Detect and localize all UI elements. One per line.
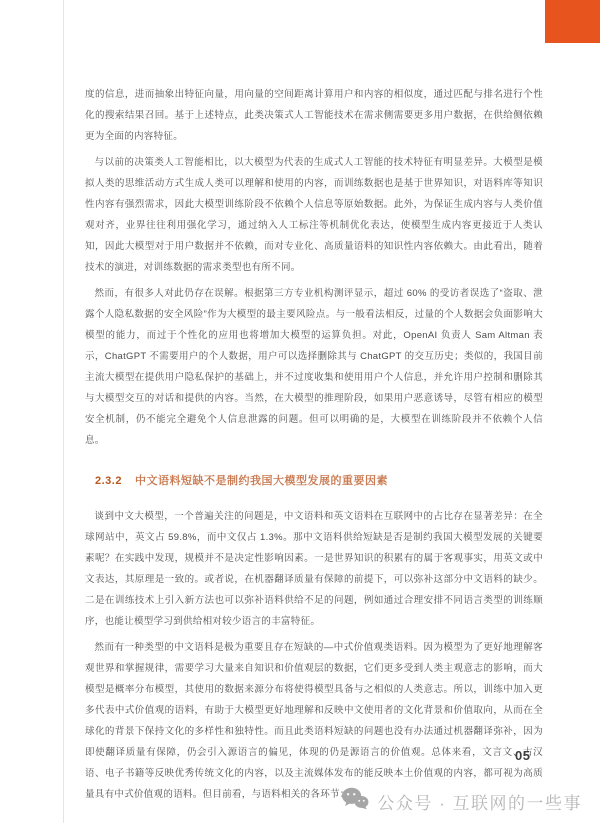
page-edge-line <box>63 0 64 823</box>
watermark: 公众号 · 互联网的一些事 <box>341 787 582 815</box>
section-title: 中文语料短缺不是制约我国大模型发展的重要因素 <box>135 475 388 487</box>
document-page: { "page": { "number": "05" }, "colors": … <box>0 0 600 823</box>
paragraph: 然而有一种类型的中文语料是极为重要且存在短缺的—中式价值观类语料。因为模型为了更… <box>85 637 543 805</box>
paragraph: 谈到中文大模型，一个普遍关注的问题是，中文语料和英文语料在互联网中的占比存在显著… <box>85 506 543 632</box>
body-text: 度的信息，进而抽象出特征向量，用向量的空间距离计算用户和内容的相似度，通过匹配与… <box>85 84 543 810</box>
paragraph: 度的信息，进而抽象出特征向量，用向量的空间距离计算用户和内容的相似度，通过匹配与… <box>85 84 543 147</box>
accent-orange-block <box>545 0 600 43</box>
paragraph: 然而，有很多人对此仍存在误解。根据第三方专业机构测评显示，超过 60% 的受访者… <box>85 283 543 451</box>
section-number: 2.3.2 <box>95 475 122 487</box>
watermark-text: 公众号 · 互联网的一些事 <box>377 789 582 814</box>
wechat-icon <box>341 787 369 815</box>
page-number: 05 <box>515 748 530 763</box>
section-heading: 2.3.2中文语料短缺不是制约我国大模型发展的重要因素 <box>85 471 543 492</box>
paragraph: 与以前的决策类人工智能相比，以大模型为代表的生成式人工智能的技术特征有明显差异。… <box>85 152 543 278</box>
